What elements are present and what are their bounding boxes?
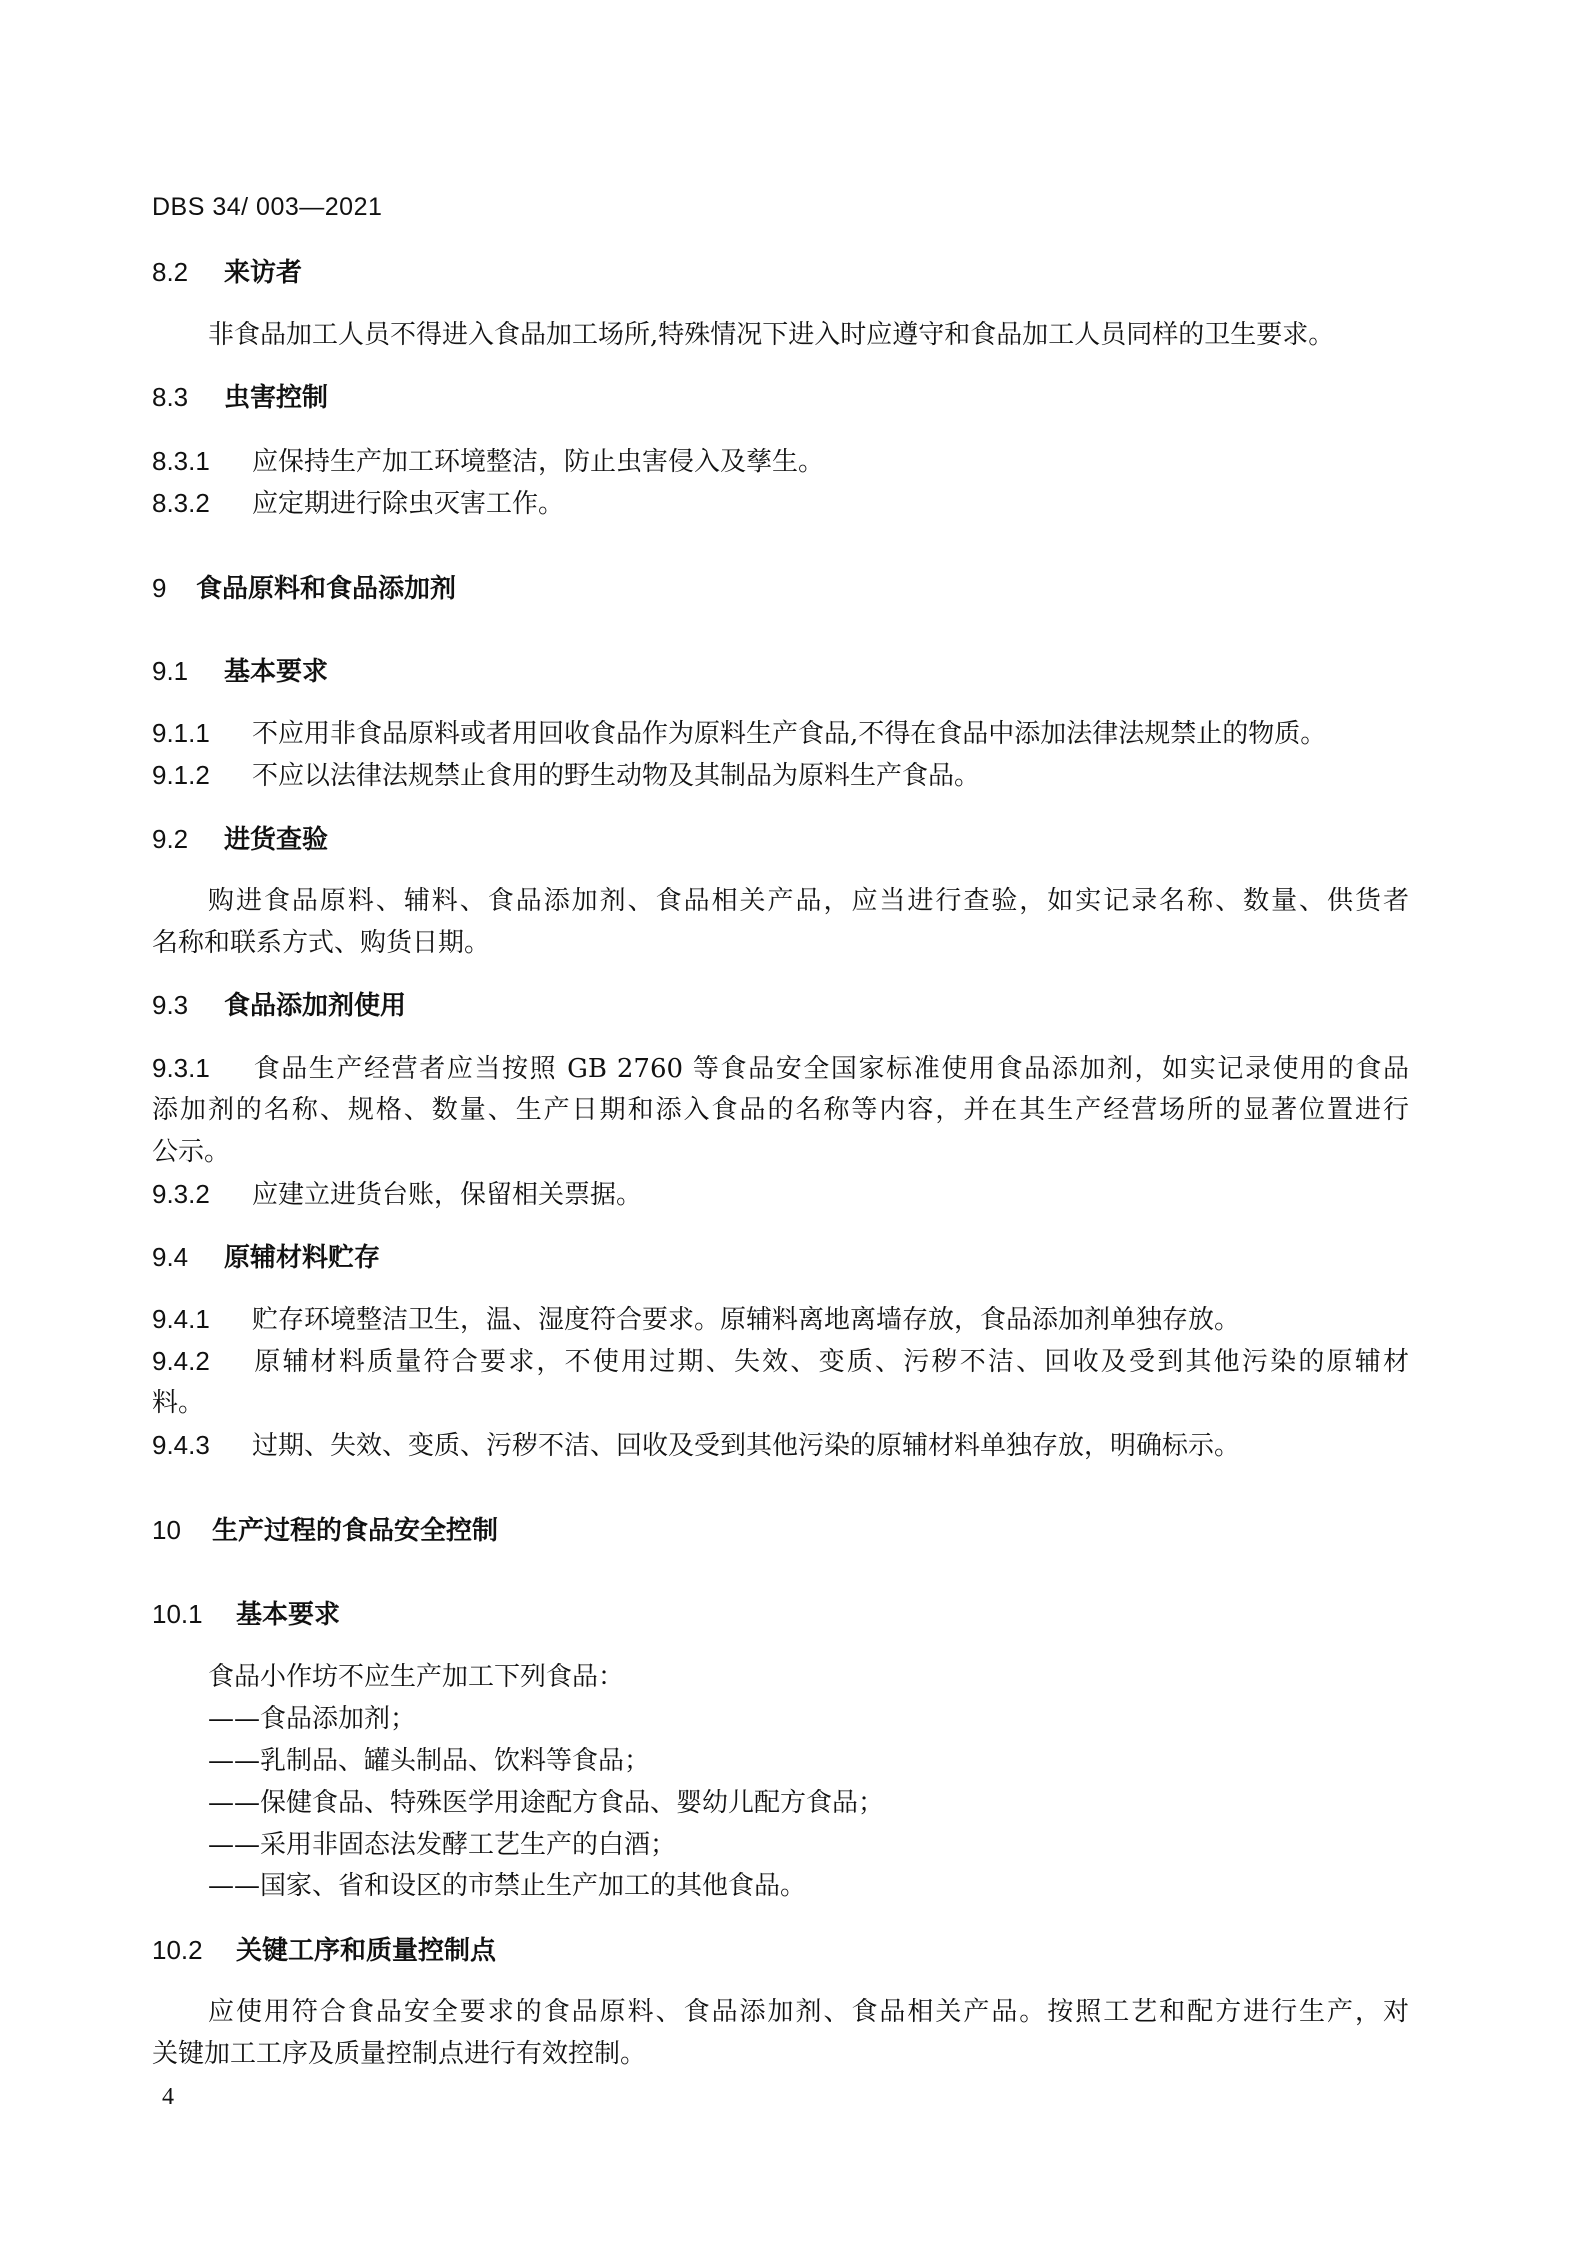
heading-number: 9.4 xyxy=(152,1240,224,1274)
clause-9-3-2: 9.3.2应建立进货台账，保留相关票据。 xyxy=(152,1177,642,1212)
heading-number: 9.1 xyxy=(152,654,224,688)
heading-number: 10.2 xyxy=(152,1933,236,1967)
heading-10: 10生产过程的食品安全控制 xyxy=(152,1513,498,1548)
clause-9-4-1: 9.4.1贮存环境整洁卫生，温、湿度符合要求。原辅料离地离墙存放，食品添加剂单独… xyxy=(152,1302,1240,1337)
paragraph-9-2-line-2: 名称和联系方式、购货日期。 xyxy=(152,926,490,960)
page-number: 4 xyxy=(162,2080,174,2114)
clause-text: 贮存环境整洁卫生，温、湿度符合要求。原辅料离地离墙存放，食品添加剂单独存放。 xyxy=(252,1305,1240,1335)
clause-8-3-1: 8.3.1应保持生产加工环境整洁，防止虫害侵入及孳生。 xyxy=(152,444,824,479)
heading-number: 10 xyxy=(152,1513,212,1547)
heading-title: 食品原料和食品添加剂 xyxy=(196,574,456,604)
clause-text: 应定期进行除虫灭害工作。 xyxy=(252,489,564,519)
clause-number: 9.4.1 xyxy=(152,1302,252,1336)
paragraph-9-2-line-1: 购进食品原料、辅料、食品添加剂、食品相关产品，应当进行查验，如实记录名称、数量、… xyxy=(208,884,1409,918)
clause-number: 8.3.1 xyxy=(152,444,252,478)
clause-9-4-2-line-2: 料。 xyxy=(152,1386,204,1420)
heading-title: 食品添加剂使用 xyxy=(224,991,406,1021)
clause-8-3-2: 8.3.2应定期进行除虫灭害工作。 xyxy=(152,486,564,521)
heading-number: 9 xyxy=(152,571,196,605)
clause-text: 应建立进货台账，保留相关票据。 xyxy=(252,1180,642,1210)
heading-title: 进货查验 xyxy=(224,825,328,855)
heading-9-2: 9.2进货查验 xyxy=(152,822,328,857)
document-id-header: DBS 34/ 003—2021 xyxy=(152,190,382,224)
clause-number: 8.3.2 xyxy=(152,486,252,520)
list-item: ——乳制品、罐头制品、饮料等食品； xyxy=(208,1744,650,1778)
heading-title: 虫害控制 xyxy=(224,383,328,413)
clause-number: 9.4.3 xyxy=(152,1428,252,1462)
clause-number: 9.4.2 xyxy=(152,1344,252,1378)
paragraph-8-2: 非食品加工人员不得进入食品加工场所,特殊情况下进入时应遵守和食品加工人员同样的卫… xyxy=(208,318,1334,352)
heading-8-3: 8.3虫害控制 xyxy=(152,380,328,415)
clause-text: 不应用非食品原料或者用回收食品作为原料生产食品,不得在食品中添加法律法规禁止的物… xyxy=(252,719,1326,749)
heading-number: 9.2 xyxy=(152,822,224,856)
heading-number: 8.2 xyxy=(152,255,224,289)
clause-number: 9.3.1 xyxy=(152,1051,252,1085)
clause-number: 9.1.1 xyxy=(152,716,252,750)
clause-text: 应保持生产加工环境整洁，防止虫害侵入及孳生。 xyxy=(252,447,824,477)
paragraph-10-1-intro: 食品小作坊不应生产加工下列食品： xyxy=(208,1660,624,1694)
paragraph-10-2-line-1: 应使用符合食品安全要求的食品原料、食品添加剂、食品相关产品。按照工艺和配方进行生… xyxy=(208,1995,1409,2029)
heading-title: 生产过程的食品安全控制 xyxy=(212,1516,498,1546)
clause-9-4-2-line-1: 9.4.2原辅材料质量符合要求，不使用过期、失效、变质、污秽不洁、回收及受到其他… xyxy=(152,1344,1409,1379)
clause-number: 9.3.2 xyxy=(152,1177,252,1211)
clause-9-4-3: 9.4.3过期、失效、变质、污秽不洁、回收及受到其他污染的原辅材料单独存放，明确… xyxy=(152,1428,1240,1463)
heading-number: 10.1 xyxy=(152,1597,236,1631)
list-item: ——采用非固态法发酵工艺生产的白酒； xyxy=(208,1828,676,1862)
heading-8-2: 8.2来访者 xyxy=(152,255,302,290)
clause-9-3-1-line-3: 公示。 xyxy=(152,1135,230,1169)
clause-text: 原辅材料质量符合要求，不使用过期、失效、变质、污秽不洁、回收及受到其他污染的原辅… xyxy=(252,1347,1409,1377)
clause-9-3-1-line-2: 添加剂的名称、规格、数量、生产日期和添入食品的名称等内容，并在其生产经营场所的显… xyxy=(152,1093,1409,1127)
heading-9-1: 9.1基本要求 xyxy=(152,654,328,689)
heading-number: 8.3 xyxy=(152,380,224,414)
clause-text: 过期、失效、变质、污秽不洁、回收及受到其他污染的原辅材料单独存放，明确标示。 xyxy=(252,1431,1240,1461)
list-item: ——国家、省和设区的市禁止生产加工的其他食品。 xyxy=(208,1869,806,1903)
paragraph-10-2-line-2: 关键加工工序及质量控制点进行有效控制。 xyxy=(152,2037,646,2071)
heading-9-3: 9.3食品添加剂使用 xyxy=(152,988,406,1023)
heading-title: 关键工序和质量控制点 xyxy=(236,1936,496,1966)
heading-title: 原辅材料贮存 xyxy=(224,1243,380,1273)
clause-9-1-1: 9.1.1不应用非食品原料或者用回收食品作为原料生产食品,不得在食品中添加法律法… xyxy=(152,716,1326,751)
heading-number: 9.3 xyxy=(152,988,224,1022)
heading-title: 基本要求 xyxy=(236,1600,340,1630)
heading-9: 9食品原料和食品添加剂 xyxy=(152,571,456,606)
list-item: ——保健食品、特殊医学用途配方食品、婴幼儿配方食品； xyxy=(208,1786,884,1820)
heading-title: 基本要求 xyxy=(224,657,328,687)
heading-9-4: 9.4原辅材料贮存 xyxy=(152,1240,380,1275)
list-item: ——食品添加剂； xyxy=(208,1702,416,1736)
clause-9-1-2: 9.1.2不应以法律法规禁止食用的野生动物及其制品为原料生产食品。 xyxy=(152,758,980,793)
clause-text: 不应以法律法规禁止食用的野生动物及其制品为原料生产食品。 xyxy=(252,761,980,791)
clause-number: 9.1.2 xyxy=(152,758,252,792)
heading-title: 来访者 xyxy=(224,258,302,288)
clause-9-3-1-line-1: 9.3.1食品生产经营者应当按照 GB 2760 等食品安全国家标准使用食品添加… xyxy=(152,1051,1409,1086)
heading-10-1: 10.1基本要求 xyxy=(152,1597,340,1632)
heading-10-2: 10.2关键工序和质量控制点 xyxy=(152,1933,496,1968)
clause-text: 食品生产经营者应当按照 GB 2760 等食品安全国家标准使用食品添加剂，如实记… xyxy=(252,1054,1409,1084)
